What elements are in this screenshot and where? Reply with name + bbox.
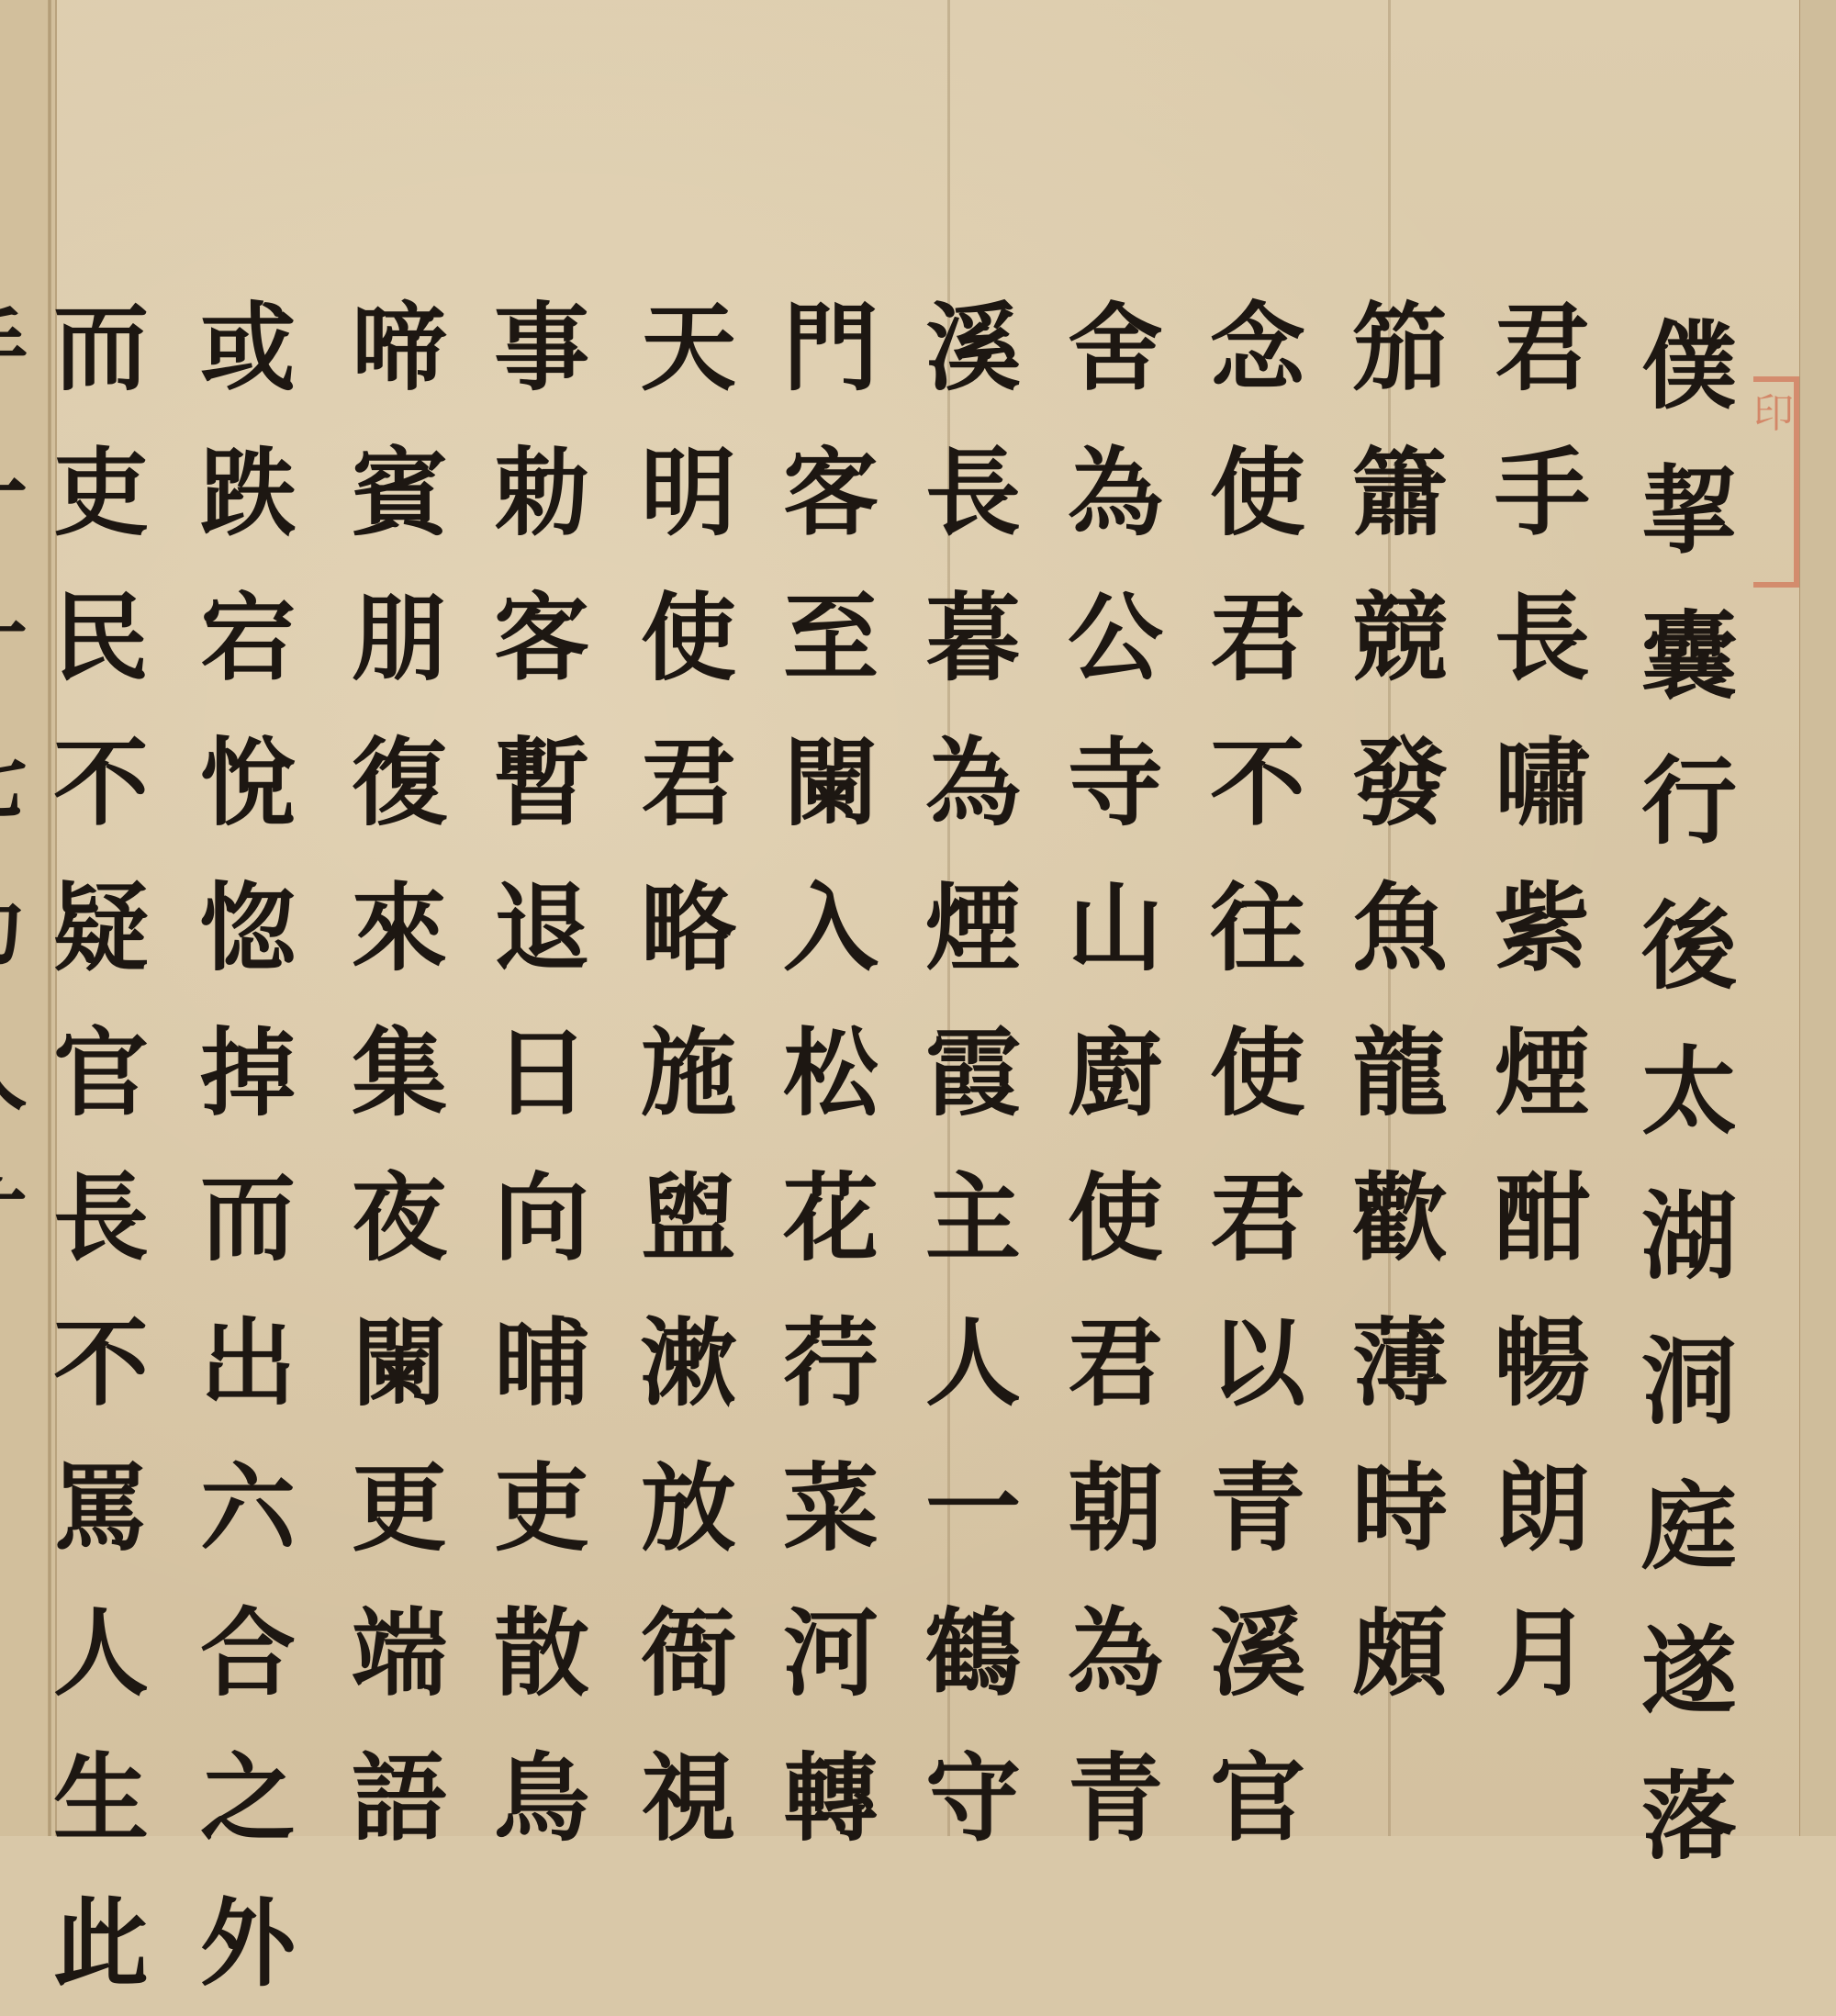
character: 復 [352, 711, 447, 856]
character: 簫 [1352, 420, 1448, 566]
character: 六 [200, 1436, 296, 1581]
character: 長 [53, 1146, 149, 1291]
character: 太 [1641, 1019, 1737, 1164]
character: 鳥 [494, 1726, 589, 1836]
cut-off-column-fragment: 手一十七力人才 [0, 275, 28, 1291]
character: 公 [1068, 566, 1163, 711]
character: 鶴 [925, 1581, 1021, 1726]
character: 闌 [352, 1291, 447, 1436]
fragment-character: 一 [0, 420, 28, 566]
character: 客 [783, 420, 879, 566]
fragment-character: 力 [0, 856, 28, 1001]
character: 菜 [783, 1436, 879, 1581]
character: 落 [1641, 1744, 1737, 1836]
character: 端 [352, 1581, 447, 1726]
character: 為 [1068, 420, 1163, 566]
character: 使 [1210, 420, 1305, 566]
character: 明 [641, 420, 736, 566]
character: 語 [352, 1726, 447, 1836]
character: 退 [494, 856, 589, 1001]
character: 君 [1068, 1291, 1163, 1436]
text-column-8: 天明使君略施盥漱放衙視 [629, 275, 748, 1836]
character: 朝 [1068, 1436, 1163, 1581]
character: 官 [1210, 1726, 1305, 1836]
character: 紫 [1495, 856, 1590, 1001]
character: 漱 [641, 1291, 736, 1436]
character: 夜 [352, 1146, 447, 1291]
character: 散 [494, 1581, 589, 1726]
text-column-1: 僕挈囊行後太湖洞庭遂落 [1629, 294, 1749, 1836]
character: 僕 [1641, 294, 1737, 439]
character: 松 [783, 1001, 879, 1146]
character: 官 [53, 1001, 149, 1146]
character: 挈 [1641, 439, 1737, 584]
character: 視 [641, 1726, 736, 1836]
character: 而 [53, 275, 149, 420]
character: 或 [200, 275, 296, 420]
character: 念 [1210, 275, 1305, 420]
character: 門 [783, 275, 879, 420]
character: 闌 [783, 711, 879, 856]
character: 長 [1495, 566, 1590, 711]
character: 長 [925, 420, 1021, 566]
character: 君 [1210, 1146, 1305, 1291]
character: 溪 [925, 275, 1021, 420]
character: 洞 [1641, 1309, 1737, 1454]
character: 日 [494, 1001, 589, 1146]
character: 不 [1210, 711, 1305, 856]
character: 朗 [1495, 1436, 1590, 1581]
character: 舍 [1068, 275, 1163, 420]
fragment-character: 才 [0, 1146, 28, 1291]
character: 湖 [1641, 1164, 1737, 1309]
character: 頗 [1352, 1581, 1448, 1726]
right-mount-border [1799, 0, 1836, 1836]
character: 生 [53, 1726, 149, 1836]
character: 賓 [352, 420, 447, 566]
manuscript-page: 印 手一十七力人才 僕挈囊行後太湖洞庭遂落君手長嘯紫煙酣暢朗月笳簫競發魚龍歡薄時… [0, 0, 1836, 1836]
character: 以 [1210, 1291, 1305, 1436]
character: 盥 [641, 1146, 736, 1291]
character: 月 [1495, 1581, 1590, 1726]
text-column-10: 啼賓朋復來集夜闌更端語 [340, 275, 459, 1836]
character: 不 [53, 1291, 149, 1436]
character: 勅 [494, 420, 589, 566]
character: 衙 [641, 1581, 736, 1726]
character: 略 [641, 856, 736, 1001]
fragment-character: 十 [0, 566, 28, 711]
text-column-4: 念使君不往使君以青溪官 [1198, 275, 1317, 1836]
character: 更 [352, 1436, 447, 1581]
character: 青 [1068, 1726, 1163, 1836]
character: 吏 [494, 1436, 589, 1581]
character: 悅 [200, 711, 296, 856]
character: 疑 [53, 856, 149, 1001]
fragment-character: 人 [0, 1001, 28, 1146]
character: 囊 [1641, 584, 1737, 729]
text-column-5: 舍為公寺山廚使君朝為青 [1056, 275, 1175, 1836]
character: 人 [53, 1581, 149, 1726]
character: 後 [1641, 874, 1737, 1019]
character: 荇 [783, 1291, 879, 1436]
character: 煙 [925, 856, 1021, 1001]
character: 宕 [200, 566, 296, 711]
character: 行 [1641, 729, 1737, 874]
character: 啼 [352, 275, 447, 420]
character: 為 [925, 711, 1021, 856]
text-column-3: 笳簫競發魚龍歡薄時頗 [1340, 275, 1460, 1726]
character: 煙 [1495, 1001, 1590, 1146]
character: 霞 [925, 1001, 1021, 1146]
character: 掉 [200, 1001, 296, 1146]
character: 之 [200, 1726, 296, 1836]
character: 放 [641, 1436, 736, 1581]
character: 使 [1068, 1146, 1163, 1291]
character: 出 [200, 1291, 296, 1436]
character: 一 [925, 1436, 1021, 1581]
character: 君 [641, 711, 736, 856]
text-column-12: 而吏民不疑官長不罵人生此 [41, 275, 161, 1836]
character: 時 [1352, 1436, 1448, 1581]
character: 向 [494, 1146, 589, 1291]
character: 手 [1495, 420, 1590, 566]
fragment-character: 七 [0, 711, 28, 856]
seal-text: 印 [1753, 390, 1794, 437]
character: 遂 [1641, 1599, 1737, 1744]
character: 花 [783, 1146, 879, 1291]
character: 發 [1352, 711, 1448, 856]
character: 暫 [494, 711, 589, 856]
character: 君 [1495, 275, 1590, 420]
character: 守 [925, 1726, 1021, 1836]
character: 青 [1210, 1436, 1305, 1581]
character: 龍 [1352, 1001, 1448, 1146]
character: 跌 [200, 420, 296, 566]
character: 溪 [1210, 1581, 1305, 1726]
character: 而 [200, 1146, 296, 1291]
character: 嘯 [1495, 711, 1590, 856]
text-column-2: 君手長嘯紫煙酣暢朗月 [1483, 275, 1602, 1726]
character: 歡 [1352, 1146, 1448, 1291]
character: 為 [1068, 1581, 1163, 1726]
character: 至 [783, 566, 879, 711]
character: 罵 [53, 1436, 149, 1581]
character: 朋 [352, 566, 447, 711]
character: 惚 [200, 856, 296, 1001]
character: 笳 [1352, 275, 1448, 420]
character: 晡 [494, 1291, 589, 1436]
red-seal-stamp: 印 [1753, 376, 1799, 588]
character: 使 [1210, 1001, 1305, 1146]
character: 合 [200, 1581, 296, 1726]
character: 客 [494, 566, 589, 711]
character: 不 [53, 711, 149, 856]
character: 競 [1352, 566, 1448, 711]
character: 廚 [1068, 1001, 1163, 1146]
character: 天 [641, 275, 736, 420]
character: 魚 [1352, 856, 1448, 1001]
character: 人 [925, 1291, 1021, 1436]
character: 暮 [925, 566, 1021, 711]
character: 來 [352, 856, 447, 1001]
character: 吏 [53, 420, 149, 566]
character: 民 [53, 566, 149, 711]
text-column-11: 或跌宕悅惚掉而出六合之外 [188, 275, 308, 1836]
text-column-7: 門客至闌入松花荇菜河轉 [771, 275, 890, 1836]
character: 酣 [1495, 1146, 1590, 1291]
text-column-6: 溪長暮為煙霞主人一鶴守 [913, 275, 1033, 1836]
character: 集 [352, 1001, 447, 1146]
character: 使 [641, 566, 736, 711]
character: 暢 [1495, 1291, 1590, 1436]
character: 河 [783, 1581, 879, 1726]
character: 山 [1068, 856, 1163, 1001]
character: 往 [1210, 856, 1305, 1001]
character: 入 [783, 856, 879, 1001]
fragment-character: 手 [0, 275, 28, 420]
character: 君 [1210, 566, 1305, 711]
character: 主 [925, 1146, 1021, 1291]
text-column-9: 事勅客暫退日向晡吏散鳥 [482, 275, 601, 1836]
character: 施 [641, 1001, 736, 1146]
character: 庭 [1641, 1454, 1737, 1599]
character: 寺 [1068, 711, 1163, 856]
character: 事 [494, 275, 589, 420]
character: 轉 [783, 1726, 879, 1836]
character: 薄 [1352, 1291, 1448, 1436]
